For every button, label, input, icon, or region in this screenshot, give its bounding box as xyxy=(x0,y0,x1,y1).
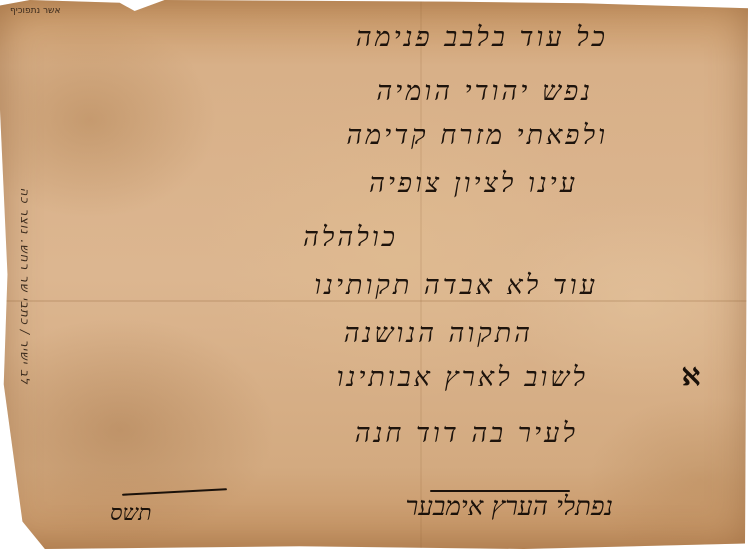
poem-line-5: כולהלה xyxy=(303,222,398,253)
signature-date: תשס xyxy=(110,500,152,526)
margin-note-left: לב ישיר / כתבי שר רחש. נוצר כה xyxy=(18,55,32,385)
poem-line-3: ולפאתי מזרח קדימה xyxy=(346,120,608,151)
margin-note-top: אשר נתפוכיף xyxy=(10,6,60,16)
poem-line-6: עוד לא אבדה תקותינו xyxy=(314,270,598,301)
author-signature: נפתלי הערץ אימבער xyxy=(405,492,613,522)
poem-line-1: כל עוד בלבב פנימה xyxy=(356,22,608,53)
poem-line-9: לעיר בה דוד חנה xyxy=(355,418,578,449)
signature-underline-left xyxy=(122,488,227,495)
ink-mark: ℵ xyxy=(682,362,700,391)
poem-line-2: נפש יהודי הומיה xyxy=(376,76,593,107)
poem-line-8: לשוב לארץ אבותינו xyxy=(337,362,588,393)
poem-line-4: עינו לציון צופיה xyxy=(369,168,578,199)
poem-line-7: התקוה הנושנה xyxy=(344,318,533,349)
manuscript-page: אשר נתפוכיף לב ישיר / כתבי שר רחש. נוצר … xyxy=(0,0,748,549)
